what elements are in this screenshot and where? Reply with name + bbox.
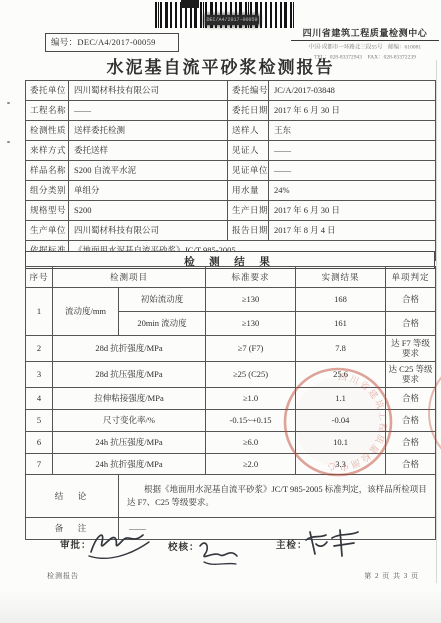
- cell-judge: 合格: [386, 432, 436, 454]
- cell-value: 2017 年 8 月 4 日: [269, 221, 436, 241]
- report-page: DEC/A4/2017-00059 编号：DEC/A4/2017-00059 四…: [0, 0, 441, 623]
- table-row: 委托单位 四川蜀材科技有限公司 委托编号 JC/A/2017-03848: [26, 81, 436, 101]
- table-row: 检测性质 送样委托检测 送样人 王东: [26, 121, 436, 141]
- cell-no: 2: [26, 336, 53, 362]
- cell-res: 25.6: [296, 362, 386, 388]
- footer-page-number: 第 2 页 共 3 页: [364, 571, 419, 581]
- cell-judge: 合格: [386, 288, 436, 312]
- scan-speck: [7, 102, 10, 104]
- table-row: 6 24h 抗压强度/MPa ≥6.0 10.1 合格: [26, 432, 436, 454]
- cell-no: 5: [26, 410, 53, 432]
- cell-judge: 合格: [386, 388, 436, 410]
- check-signature: [194, 536, 246, 570]
- conclusion-text: 根据《地面用水泥基自流平砂浆》JC/T 985-2005 标准判定，该样品所检项…: [119, 475, 436, 518]
- org-name: 四川省建筑工程质量检测中心: [291, 26, 439, 41]
- cell-label: 来样方式: [26, 141, 69, 161]
- cell-no: 4: [26, 388, 53, 410]
- cell-no: 1: [26, 288, 53, 336]
- cell-label: 生产单位: [26, 221, 69, 241]
- barcode-caption-text: DEC/A4/2017-00059: [206, 17, 257, 23]
- cell-value: JC/A/2017-03848: [269, 81, 436, 101]
- cell-subitem: 初始流动度: [119, 288, 206, 312]
- cell-value: 单组分: [69, 181, 228, 201]
- table-row: 来样方式 委托送样 见证人 ——: [26, 141, 436, 161]
- cell-res: 7.8: [296, 336, 386, 362]
- info-table: 委托单位 四川蜀材科技有限公司 委托编号 JC/A/2017-03848 工程名…: [25, 80, 436, 261]
- cell-label: 送样人: [228, 121, 269, 141]
- cell-res: 161: [296, 312, 386, 336]
- table-row: 工程名称 —— 委托日期 2017 年 6 月 30 日: [26, 101, 436, 121]
- cell-label: 委托单位: [26, 81, 69, 101]
- cell-value: 2017 年 6 月 30 日: [269, 101, 436, 121]
- cell-item: 28d 抗折强度/MPa: [53, 336, 206, 362]
- cell-value: 王东: [269, 121, 436, 141]
- table-row: 1 流动度/mm 初始流动度 ≥130 168 合格: [26, 288, 436, 312]
- cell-label: 见证单位: [228, 161, 269, 181]
- report-number-value: DEC/A4/2017-00059: [77, 37, 155, 47]
- cell-label: 委托编号: [228, 81, 269, 101]
- table-header-row: 序号 检测项目 标准要求 实测结果 单项判定: [26, 267, 436, 288]
- cell-item: 流动度/mm: [53, 288, 119, 336]
- table-row: 规格型号 S200 生产日期 2017 年 6 月 30 日: [26, 201, 436, 221]
- cell-value: 2017 年 6 月 30 日: [269, 201, 436, 221]
- cell-value: S200: [69, 201, 228, 221]
- cell-label: 见证人: [228, 141, 269, 161]
- cell-label: 委托日期: [228, 101, 269, 121]
- conclusion-label: 结 论: [26, 475, 119, 518]
- scan-speck: [7, 141, 10, 143]
- footer-doc-type: 检测报告: [47, 571, 79, 581]
- col-header-res: 实测结果: [296, 267, 386, 288]
- approve-signature: [85, 526, 155, 564]
- cell-res: 3.3: [296, 454, 386, 475]
- cell-req: ≥25 (C25): [206, 362, 296, 388]
- cell-value: ——: [269, 161, 436, 181]
- cell-no: 6: [26, 432, 53, 454]
- cell-value: ——: [69, 101, 228, 121]
- cell-item: 28d 抗压强度/MPa: [53, 362, 206, 388]
- table-row: 生产单位 四川蜀材科技有限公司 报告日期 2017 年 8 月 4 日: [26, 221, 436, 241]
- cell-value: 委托送样: [69, 141, 228, 161]
- cell-label: 报告日期: [228, 221, 269, 241]
- col-header-item: 检测项目: [53, 267, 206, 288]
- cell-no: 7: [26, 454, 53, 475]
- barcode-smudge: [181, 0, 199, 8]
- cell-req: ≥130: [206, 312, 296, 336]
- table-row: 5 尺寸变化率/% -0.15~+0.15 -0.04 合格: [26, 410, 436, 432]
- cell-item: 24h 抗压强度/MPa: [53, 432, 206, 454]
- results-table: 序号 检测项目 标准要求 实测结果 单项判定 1 流动度/mm 初始流动度 ≥1…: [25, 266, 436, 540]
- cell-judge: 合格: [386, 410, 436, 432]
- cell-req: ≥7 (F7): [206, 336, 296, 362]
- table-row: 组分类别 单组分 用水量 24%: [26, 181, 436, 201]
- report-number-label: 编号：: [51, 37, 77, 47]
- cell-value: S200 自流平水泥: [69, 161, 228, 181]
- cell-req: ≥2.0: [206, 454, 296, 475]
- cell-label: 工程名称: [26, 101, 69, 121]
- barcode-caption: DEC/A4/2017-00059: [205, 15, 259, 25]
- cell-res: 10.1: [296, 432, 386, 454]
- cell-req: ≥1.0: [206, 388, 296, 410]
- cell-judge: 合格: [386, 312, 436, 336]
- cell-value: 24%: [269, 181, 436, 201]
- table-row: 4 拉伸粘接强度/MPa ≥1.0 1.1 合格: [26, 388, 436, 410]
- table-row: 3 28d 抗压强度/MPa ≥25 (C25) 25.6 达 C25 等级要求: [26, 362, 436, 388]
- cell-label: 生产日期: [228, 201, 269, 221]
- cell-value: 送样委托检测: [69, 121, 228, 141]
- cell-value: 四川蜀材科技有限公司: [69, 81, 228, 101]
- conclusion-row: 结 论 根据《地面用水泥基自流平砂浆》JC/T 985-2005 标准判定，该样…: [26, 475, 436, 518]
- cell-label: 检测性质: [26, 121, 69, 141]
- cell-judge: 达 C25 等级要求: [386, 362, 436, 388]
- cell-item: 拉伸粘接强度/MPa: [53, 388, 206, 410]
- barcode: DEC/A4/2017-00059: [155, 2, 295, 28]
- cell-value: ——: [269, 141, 436, 161]
- cell-value: 四川蜀材科技有限公司: [69, 221, 228, 241]
- org-address: 中国·成都市一环路北三段55号 邮编：610081: [297, 42, 433, 50]
- col-header-req: 标准要求: [206, 267, 296, 288]
- cell-req: ≥6.0: [206, 432, 296, 454]
- main-signature: [302, 526, 362, 562]
- col-header-judge: 单项判定: [386, 267, 436, 288]
- cell-res: -0.04: [296, 410, 386, 432]
- table-row: 样品名称 S200 自流平水泥 见证单位 ——: [26, 161, 436, 181]
- cell-judge: 合格: [386, 454, 436, 475]
- table-row: 7 24h 抗折强度/MPa ≥2.0 3.3 合格: [26, 454, 436, 475]
- cell-judge: 达 F7 等级要求: [386, 336, 436, 362]
- cell-req: -0.15~+0.15: [206, 410, 296, 432]
- cell-label: 组分类别: [26, 181, 69, 201]
- col-header-no: 序号: [26, 267, 53, 288]
- cell-label: 规格型号: [26, 201, 69, 221]
- cell-req: ≥130: [206, 288, 296, 312]
- cell-item: 尺寸变化率/%: [53, 410, 206, 432]
- cell-item: 24h 抗折强度/MPa: [53, 454, 206, 475]
- cell-no: 3: [26, 362, 53, 388]
- cell-res: 168: [296, 288, 386, 312]
- cell-label: 用水量: [228, 181, 269, 201]
- paper-edge-line: [436, 60, 437, 583]
- cell-subitem: 20min 流动度: [119, 312, 206, 336]
- table-row: 2 28d 抗折强度/MPa ≥7 (F7) 7.8 达 F7 等级要求: [26, 336, 436, 362]
- page-title: 水泥基自流平砂浆检测报告: [0, 53, 441, 78]
- cell-res: 1.1: [296, 388, 386, 410]
- cell-label: 样品名称: [26, 161, 69, 181]
- report-number-box: 编号：DEC/A4/2017-00059: [45, 33, 179, 52]
